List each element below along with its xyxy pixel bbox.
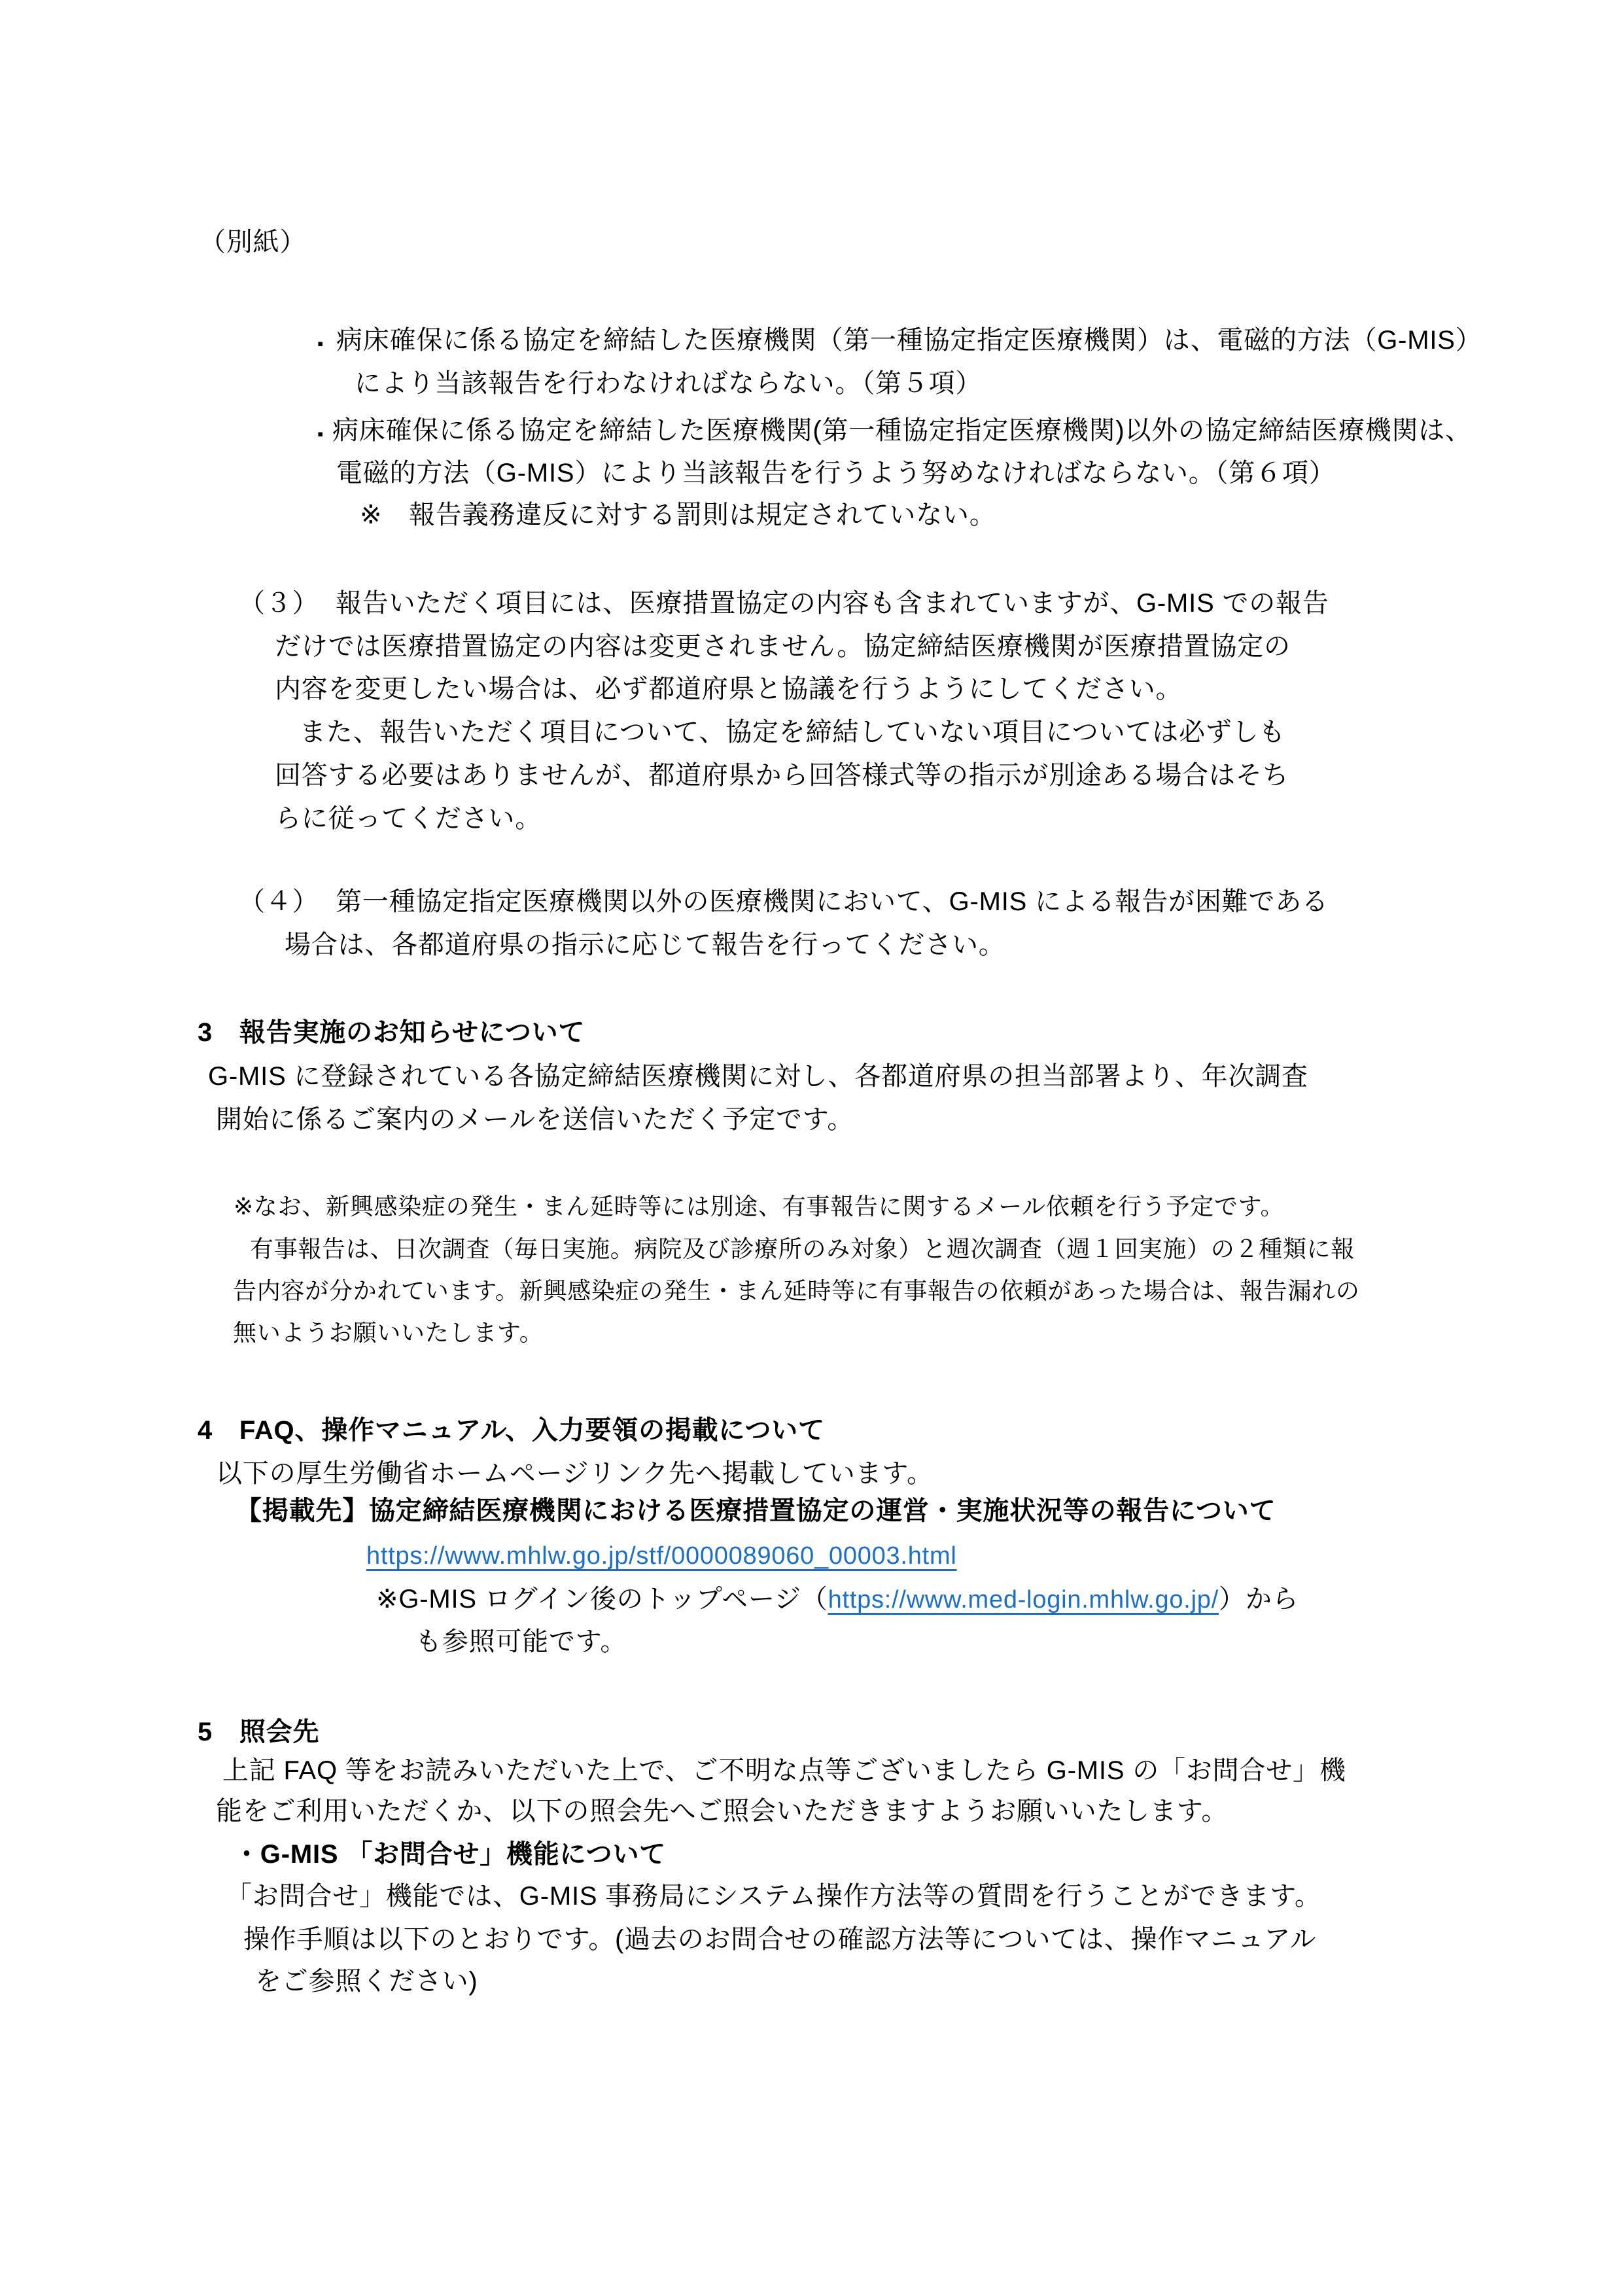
item3-line: だけでは医療措置協定の内容は変更されません。協定締結医療機関が医療措置協定の: [275, 633, 1291, 660]
section4-heading: 4 FAQ、操作マニュアル、入力要領の掲載について: [198, 1417, 825, 1443]
gmis-login-link[interactable]: https://www.med-login.mhlw.go.jp/: [828, 1586, 1219, 1614]
section5-sub-line: 操作手順は以下のとおりです。(過去のお問合せの確認方法等については、操作マニュア…: [243, 1926, 1317, 1952]
reference-mark-icon: ※: [360, 502, 382, 528]
bullet2-line2: 電磁的方法（G-MIS）により当該報告を行うよう努めなければならない。（第６項）: [336, 460, 1336, 486]
bullet1-line1: 病床確保に係る協定を締結した医療機関（第一種協定指定医療機関）は、電磁的方法（G…: [336, 327, 1482, 353]
section4-intro: 以下の厚生労働省ホームページリンク先へ掲載しています。: [216, 1460, 934, 1487]
section5-heading: 5 照会先: [198, 1719, 319, 1745]
item3-line: 回答する必要はありませんが、都道府県から回答様式等の指示が別途ある場合はそち: [275, 762, 1289, 788]
section3-body-line: G-MIS に登録されている各協定締結医療機関に対し、各都道府県の担当部署より、…: [208, 1063, 1308, 1089]
item3-line: 内容を変更したい場合は、必ず都道府県と協議を行うようにしてください。: [275, 676, 1182, 702]
bullet2-line1: 病床確保に係る協定を締結した医療機関(第一種協定指定医療機関)以外の協定締結医療…: [332, 417, 1472, 444]
attachment-label: （別紙）: [200, 229, 306, 255]
mhlw-report-link[interactable]: https://www.mhlw.go.jp/stf/0000089060_00…: [366, 1542, 957, 1570]
item3-line: 報告いただく項目には、医療措置協定の内容も含まれていますが、G-MIS での報告: [336, 590, 1329, 616]
section5-body-line: 能をご利用いただくか、以下の照会先へご照会いただきますようお願いいたします。: [216, 1798, 1228, 1824]
note-line: 無いようお願いいたします。: [233, 1321, 543, 1345]
item3-number: （３）: [239, 590, 319, 616]
note-line: ※なお、新興感染症の発生・まん延時等には別途、有事報告に関するメール依頼を行う予…: [234, 1195, 1284, 1218]
note-line: 有事報告は、日次調査（毎日実施。病院及び診療所のみ対象）と週次調査（週１回実施）…: [250, 1237, 1355, 1261]
section5-body-line: 上記 FAQ 等をお読みいただいた上で、ご不明な点等ございましたら G-MIS …: [222, 1757, 1346, 1784]
gmis-note-line2: も参照可能です。: [415, 1629, 627, 1655]
section3-body-line: 開始に係るご案内のメールを送信いただく予定です。: [216, 1106, 854, 1133]
section5-sub-line: をご参照ください): [255, 1968, 478, 1994]
section4-publish-label: 【掲載先】協定締結医療機関における医療措置協定の運営・実施状況等の報告について: [236, 1498, 1276, 1524]
gmis-note-suffix: ）から: [1219, 1585, 1299, 1614]
bullet-icon: ▪: [317, 425, 323, 442]
note-line: 告内容が分かれています。新興感染症の発生・まん延時等に有事報告の依頼があった場合…: [233, 1279, 1360, 1303]
bullet-icon: ▪: [317, 335, 323, 352]
section5-sub-heading: ・G-MIS 「お問合せ」機能について: [234, 1841, 666, 1867]
section5-sub-line: 「お問合せ」機能では、G-MIS 事務局にシステム操作方法等の質問を行うことがで…: [226, 1883, 1321, 1909]
gmis-note-prefix: ※G-MIS ログイン後のトップページ（: [376, 1585, 828, 1614]
gmis-login-note: ※G-MIS ログイン後のトップページ（https://www.med-logi…: [376, 1586, 1299, 1612]
item3-line: らに従ってください。: [275, 805, 542, 832]
item3-line: また、報告いただく項目について、協定を締結していない項目については必ずしも: [300, 719, 1285, 745]
section3-heading: 3 報告実施のお知らせについて: [198, 1019, 585, 1046]
bullet1-line2: により当該報告を行わなければならない。（第５項）: [355, 370, 982, 397]
item4-line: 第一種協定指定医療機関以外の医療機関において、G-MIS による報告が困難である: [336, 889, 1329, 915]
item4-number: （４）: [239, 889, 319, 915]
penalty-note-text: 報告義務違反に対する罰則は規定されていない。: [409, 502, 996, 528]
item4-line: 場合は、各都道府県の指示に応じて報告を行ってください。: [285, 932, 1005, 958]
document-page: （別紙） ▪ 病床確保に係る協定を締結した医療機関（第一種協定指定医療機関）は、…: [0, 0, 1623, 2296]
